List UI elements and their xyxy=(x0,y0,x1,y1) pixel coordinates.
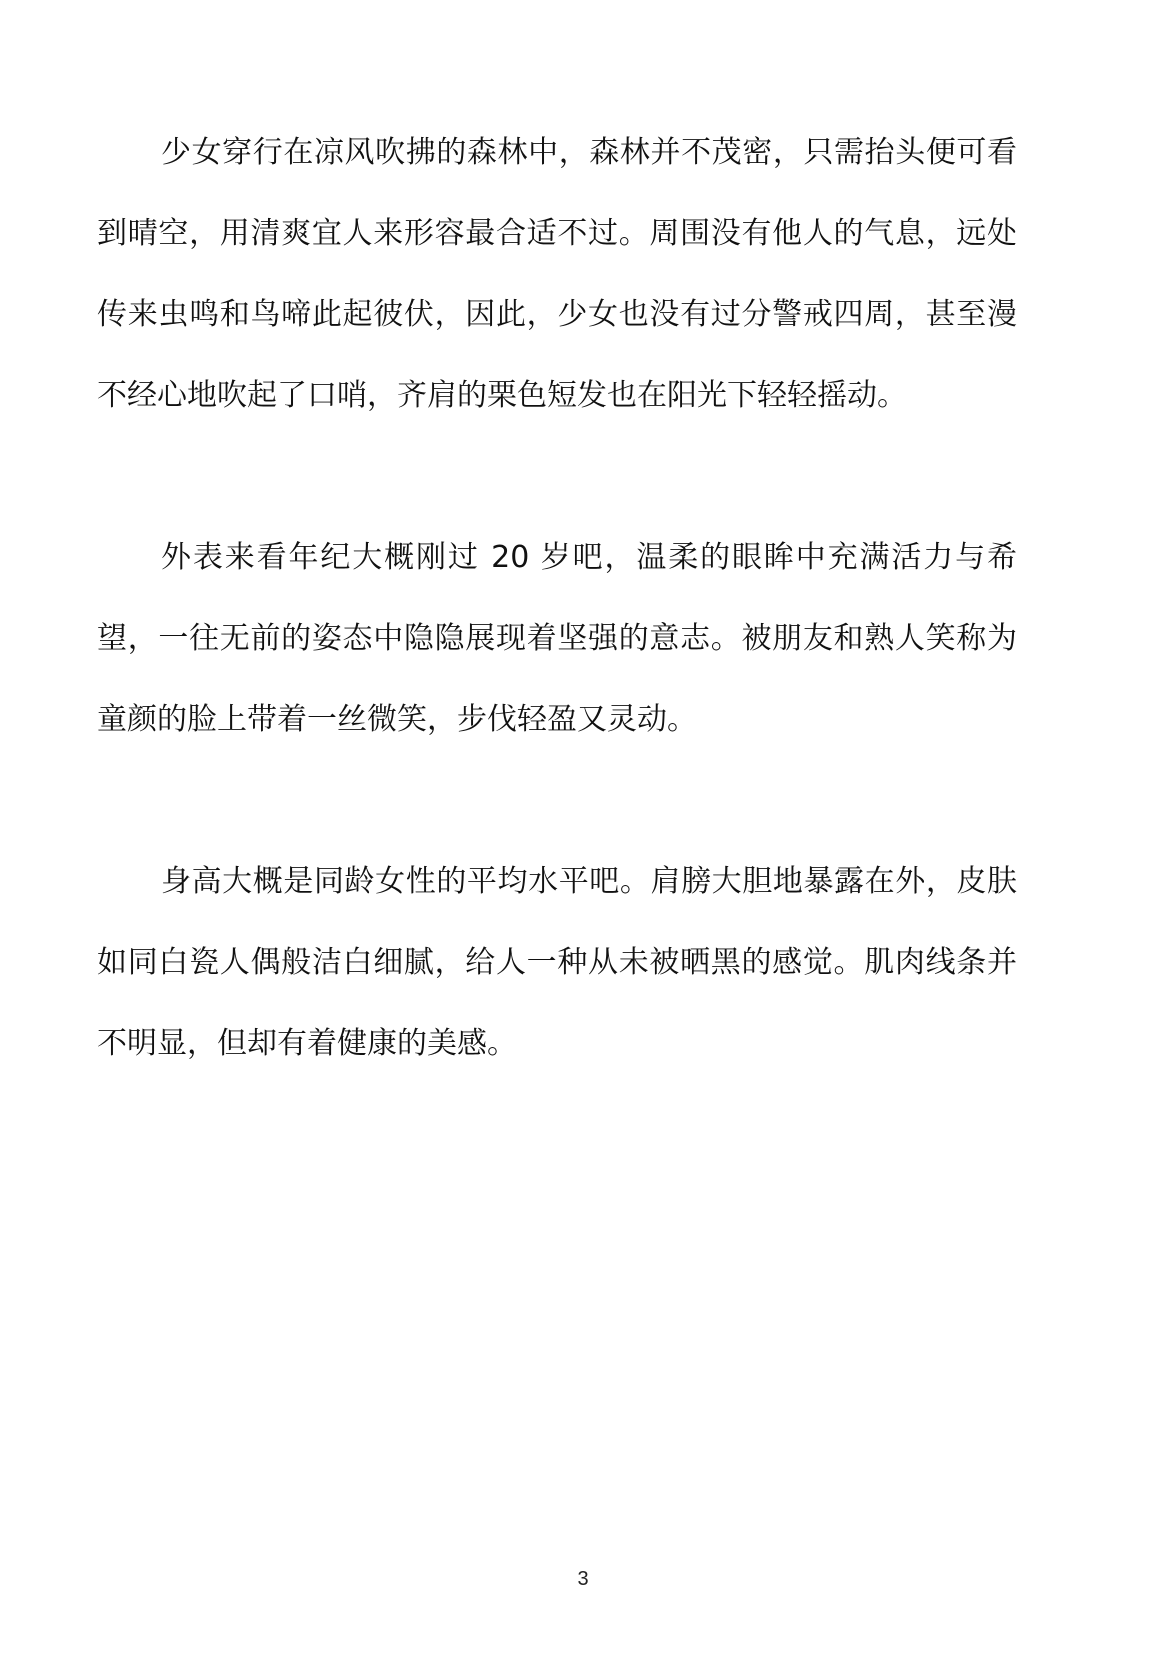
page-number: 3 xyxy=(0,1568,1166,1591)
document-body: 少女穿行在凉风吹拂的森林中，森林并不茂密，只需抬头便可看到晴空，用清爽宜人来形容… xyxy=(97,112,1017,1084)
document-page: 少女穿行在凉风吹拂的森林中，森林并不茂密，只需抬头便可看到晴空，用清爽宜人来形容… xyxy=(0,0,1166,1654)
paragraph-3: 身高大概是同龄女性的平均水平吧。肩膀大胆地暴露在外，皮肤如同白瓷人偶般洁白细腻，… xyxy=(97,841,1017,1084)
paragraph-2: 外表来看年纪大概刚过 20 岁吧，温柔的眼眸中充满活力与希望，一往无前的姿态中隐… xyxy=(97,517,1017,760)
paragraph-1: 少女穿行在凉风吹拂的森林中，森林并不茂密，只需抬头便可看到晴空，用清爽宜人来形容… xyxy=(97,112,1017,436)
